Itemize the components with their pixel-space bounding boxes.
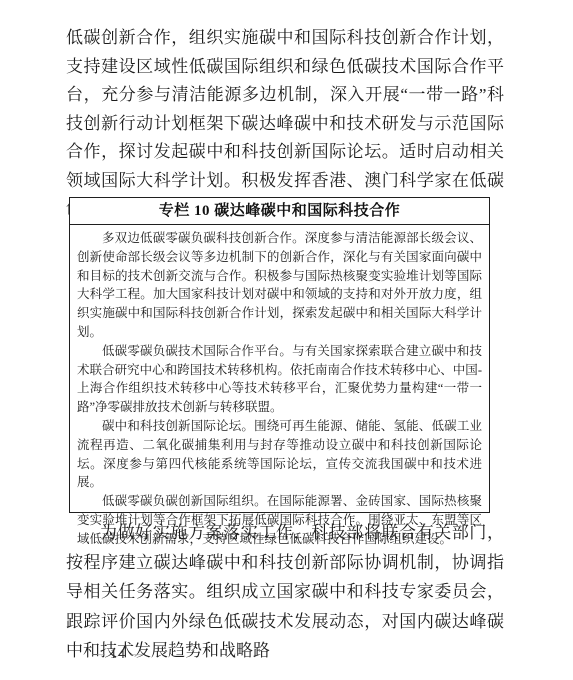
intro-paragraph: 低碳创新合作，组织实施碳中和国际科技创新合作计划，支持建设区域性低碳国际组织和绿… — [66, 24, 504, 224]
page-number-value: 14 — [110, 647, 126, 662]
column-box-paragraph: 碳中和科技创新国际论坛。围绕可再生能源、储能、氢能、低碳工业流程再造、二氧化碳捕… — [77, 417, 482, 492]
document-page: 低碳创新合作，组织实施碳中和国际科技创新合作计划，支持建设区域性低碳国际组织和绿… — [0, 0, 573, 680]
page-number: —14— — [88, 646, 148, 663]
page-number-dash-right: — — [126, 646, 148, 661]
column-box-paragraph: 多双边低碳零碳负碳科技创新合作。深度参与清洁能源部长级会议、创新使命部长级会议等… — [77, 229, 482, 342]
closing-paragraph: 为做好实施方案落实工作，科技部将联合有关部门，按程序建立碳达峰碳中和科技创新部际… — [66, 518, 504, 666]
column-box-title: 专栏 10 碳达峰碳中和国际科技合作 — [70, 198, 489, 225]
column-box: 专栏 10 碳达峰碳中和国际科技合作 多双边低碳零碳负碳科技创新合作。深度参与清… — [69, 197, 490, 513]
column-box-paragraph: 低碳零碳负碳技术国际合作平台。与有关国家探索联合建立碳中和技术联合研究中心和跨国… — [77, 342, 482, 417]
page-number-dash-left: — — [88, 646, 110, 661]
column-box-body: 多双边低碳零碳负碳科技创新合作。深度参与清洁能源部长级会议、创新使命部长级会议等… — [70, 225, 489, 549]
